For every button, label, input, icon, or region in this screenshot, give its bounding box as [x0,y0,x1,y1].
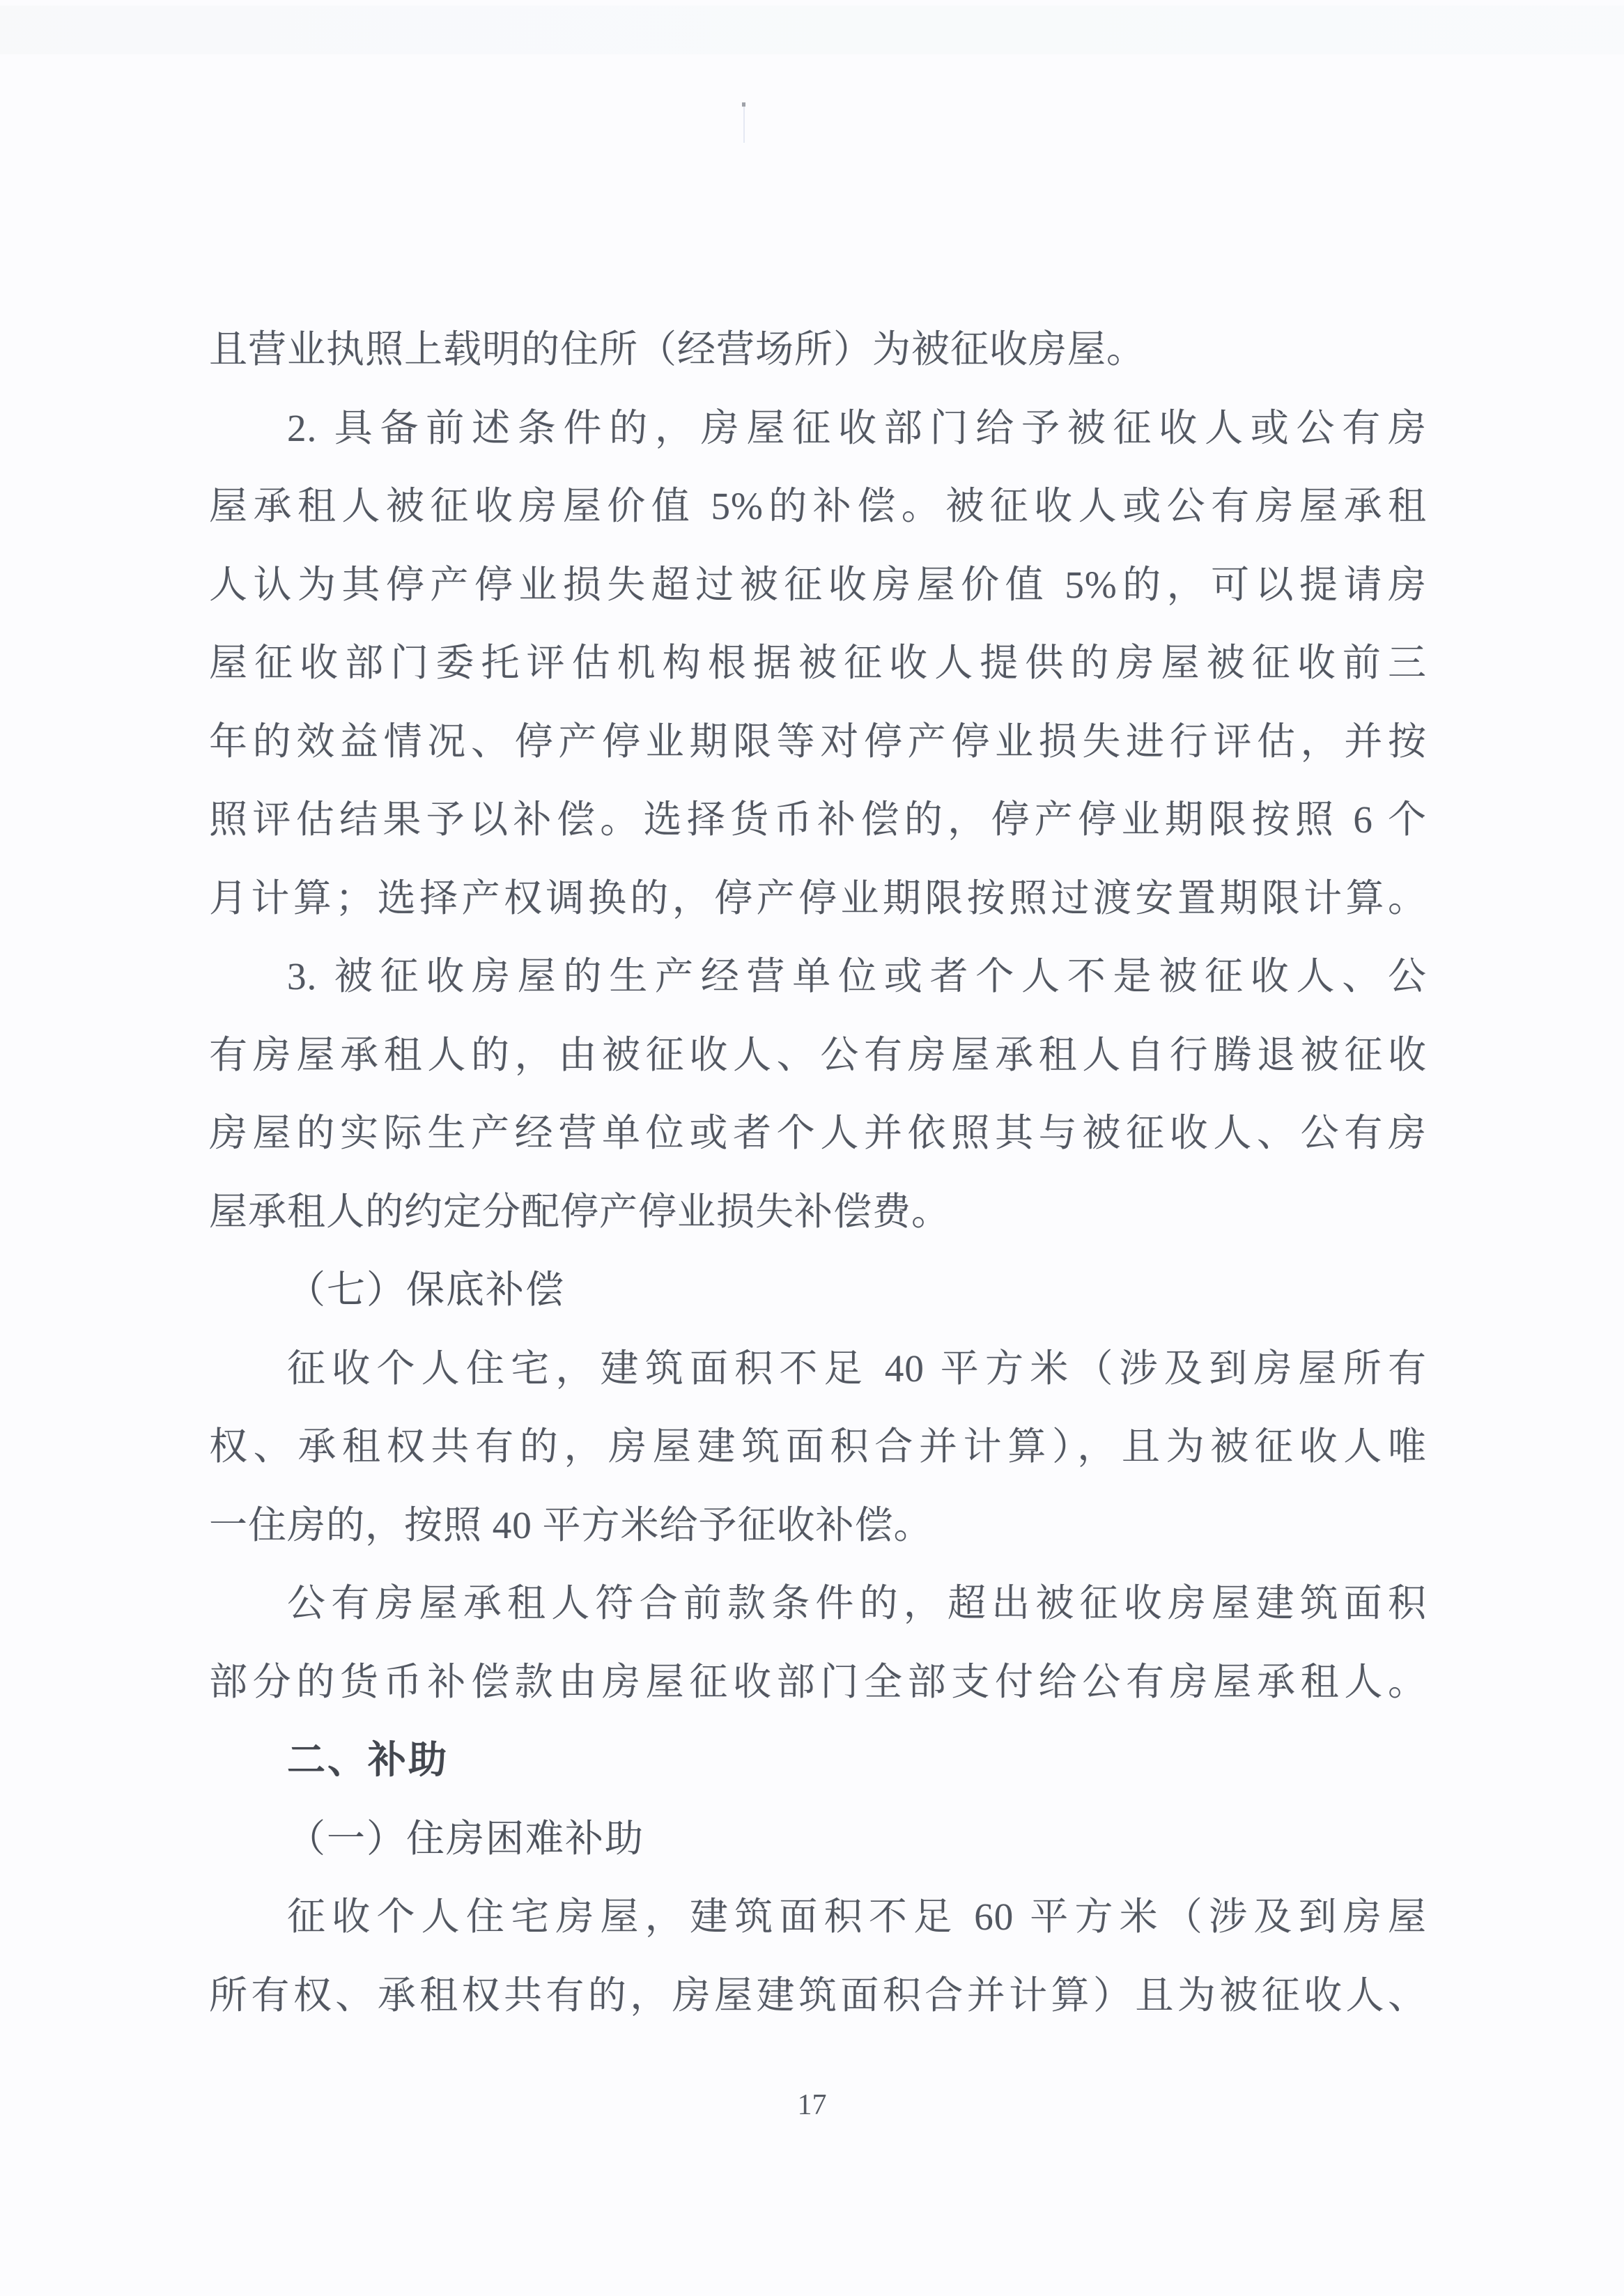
text-line: 人认为其停产停业损失超过被征收房屋价值 5%的，可以提请房 [209,546,1427,625]
scan-artifact-line [743,107,745,143]
text-line: 屋征收部门委托评估机构根据被征收人提供的房屋被征收前三 [209,624,1427,703]
text-line: 且营业执照上载明的住所（经营场所）为被征收房屋。 [209,311,1427,389]
text-line: 屋承租人的约定分配停产停业损失补偿费。 [209,1173,1427,1252]
text-line: 所有权、承租权共有的，房屋建筑面积合并计算）且为被征收人、 [209,1957,1427,2035]
text-line: 有房屋承租人的，由被征收人、公有房屋承租人自行腾退被征收 [209,1016,1427,1095]
text-line: 3. 被征收房屋的生产经营单位或者个人不是被征收人、公 [209,938,1427,1016]
text-line: 征收个人住宅，建筑面积不足 40 平方米（涉及到房屋所有 [209,1330,1427,1409]
text-line: 权、承租权共有的，房屋建筑面积合并计算），且为被征收人唯 [209,1408,1427,1487]
text-line: 二、补助 [209,1721,1427,1800]
text-line: 屋承租人被征收房屋价值 5%的补偿。被征收人或公有房屋承租 [209,467,1427,546]
page-number: 17 [0,2088,1624,2122]
document-page: 且营业执照上载明的住所（经营场所）为被征收房屋。2. 具备前述条件的，房屋征收部… [0,0,1624,2296]
text-line: （一）住房困难补助 [209,1800,1427,1879]
text-line: 房屋的实际生产经营单位或者个人并依照其与被征收人、公有房 [209,1094,1427,1173]
text-line: 部分的货币补偿款由房屋征收部门全部支付给公有房屋承租人。 [209,1643,1427,1722]
text-line: 照评估结果予以补偿。选择货币补偿的，停产停业期限按照 6 个 [209,781,1427,860]
text-line: 年的效益情况、停产停业期限等对停产停业损失进行评估，并按 [209,703,1427,782]
scan-noise-band [0,6,1624,54]
text-line: 月计算；选择产权调换的，停产停业期限按照过渡安置期限计算。 [209,860,1427,938]
text-line: 公有房屋承租人符合前款条件的，超出被征收房屋建筑面积 [209,1565,1427,1643]
text-line: 征收个人住宅房屋，建筑面积不足 60 平方米（涉及到房屋 [209,1878,1427,1957]
text-line: 一住房的，按照 40 平方米给予征收补偿。 [209,1487,1427,1565]
text-line: （七）保底补偿 [209,1251,1427,1330]
document-body: 且营业执照上载明的住所（经营场所）为被征收房屋。2. 具备前述条件的，房屋征收部… [209,311,1427,2035]
text-line: 2. 具备前述条件的，房屋征收部门给予被征收人或公有房 [209,389,1427,468]
